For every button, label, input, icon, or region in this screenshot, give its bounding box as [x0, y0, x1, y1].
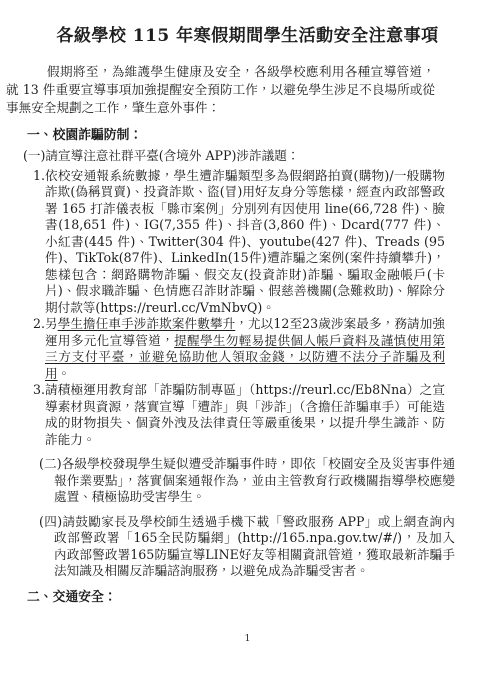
page-number: 1: [0, 633, 495, 644]
document-title: 各級學校 115 年寒假期間學生活動安全注意事項: [8, 0, 487, 47]
section-heading-traffic-safety: 二、交通安全：: [27, 589, 455, 606]
document-page: 各級學校 115 年寒假期間學生活動安全注意事項 假期將至，為維護學生健康及安全…: [0, 0, 495, 700]
list-item: 1. 依校安通報系統數據，學生遭詐騙類型多為假網路拍賣(購物)/一般購物詐欺(偽…: [0, 168, 445, 317]
fraud-numbered-list: 1. 依校安通報系統數據，學生遭詐騙類型多為假網路拍賣(購物)/一般購物詐欺(偽…: [0, 168, 495, 449]
list-item: 2. 另學生擔任車手涉詐欺案件數攀升，尤以12至23歲涉案最多，務請加強運用多元…: [0, 316, 445, 382]
item-text: 依校安通報系統數據，學生遭詐騙類型多為假網路拍賣(購物)/一般購物詐欺(偽稱買賣…: [45, 168, 445, 315]
item-number: 2.: [33, 316, 45, 333]
fraud-subitem-1-heading: (一)請宣導注意社群平臺(含境外 APP)涉詐議題：: [23, 148, 465, 165]
intro-paragraph: 假期將至，為維護學生健康及安全，各級學校應利用各種宣導管道，就 13 件重要宣導…: [6, 63, 435, 117]
section-heading-fraud-prevention: 一、校園詐騙防制：: [27, 127, 455, 144]
item-number: 3.: [33, 382, 45, 399]
item-text: 請積極運用教育部「詐騙防制專區」（https://reurl.cc/Eb8Nna…: [45, 382, 445, 447]
fraud-subitem-4: (四)請鼓勵家長及學校師生透過手機下載「警政服務 APP」或上網查詢內政部警政署…: [39, 514, 455, 580]
item-text: 另學生擔任車手涉詐欺案件數攀升，尤以12至23歲涉案最多，務請加強運用多元化宣導…: [45, 316, 445, 381]
item-number: 1.: [33, 168, 45, 185]
fraud-subitem-2: (二)各級學校發現學生疑似遭受詐騙事件時，即依「校園安全及災害事件通報作業要點」…: [39, 456, 455, 506]
list-item: 3. 請積極運用教育部「詐騙防制專區」（https://reurl.cc/Eb8…: [0, 382, 445, 448]
